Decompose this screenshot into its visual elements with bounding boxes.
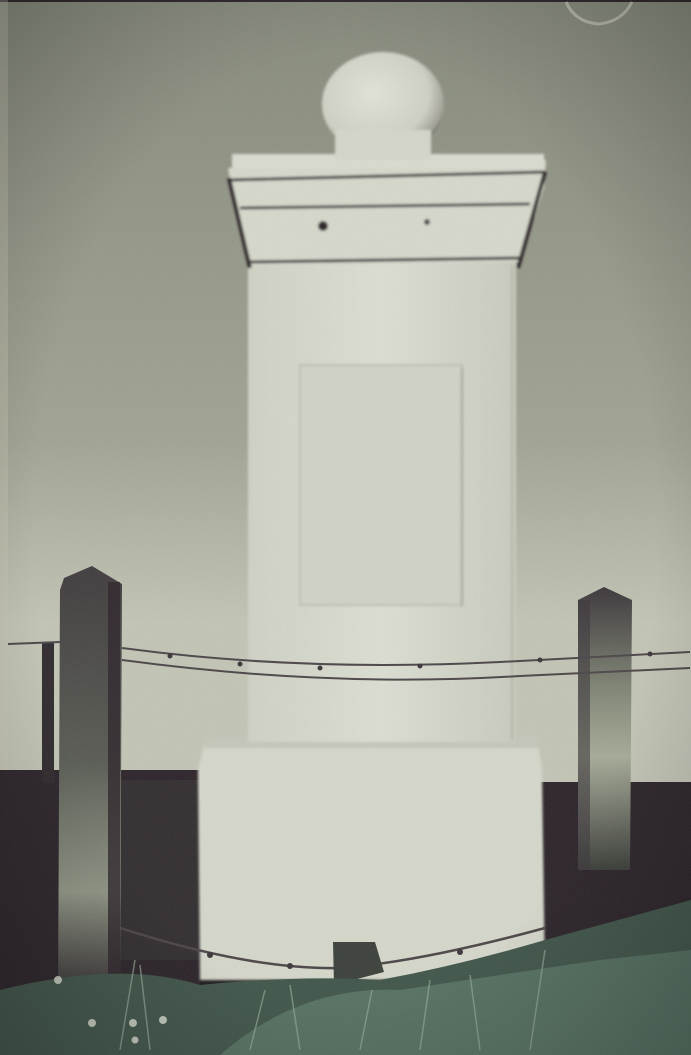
monument-photograph: Old photograph of a white obelisk-style … <box>0 0 691 1055</box>
photo-canvas <box>0 0 691 1055</box>
vignette <box>0 0 691 1055</box>
